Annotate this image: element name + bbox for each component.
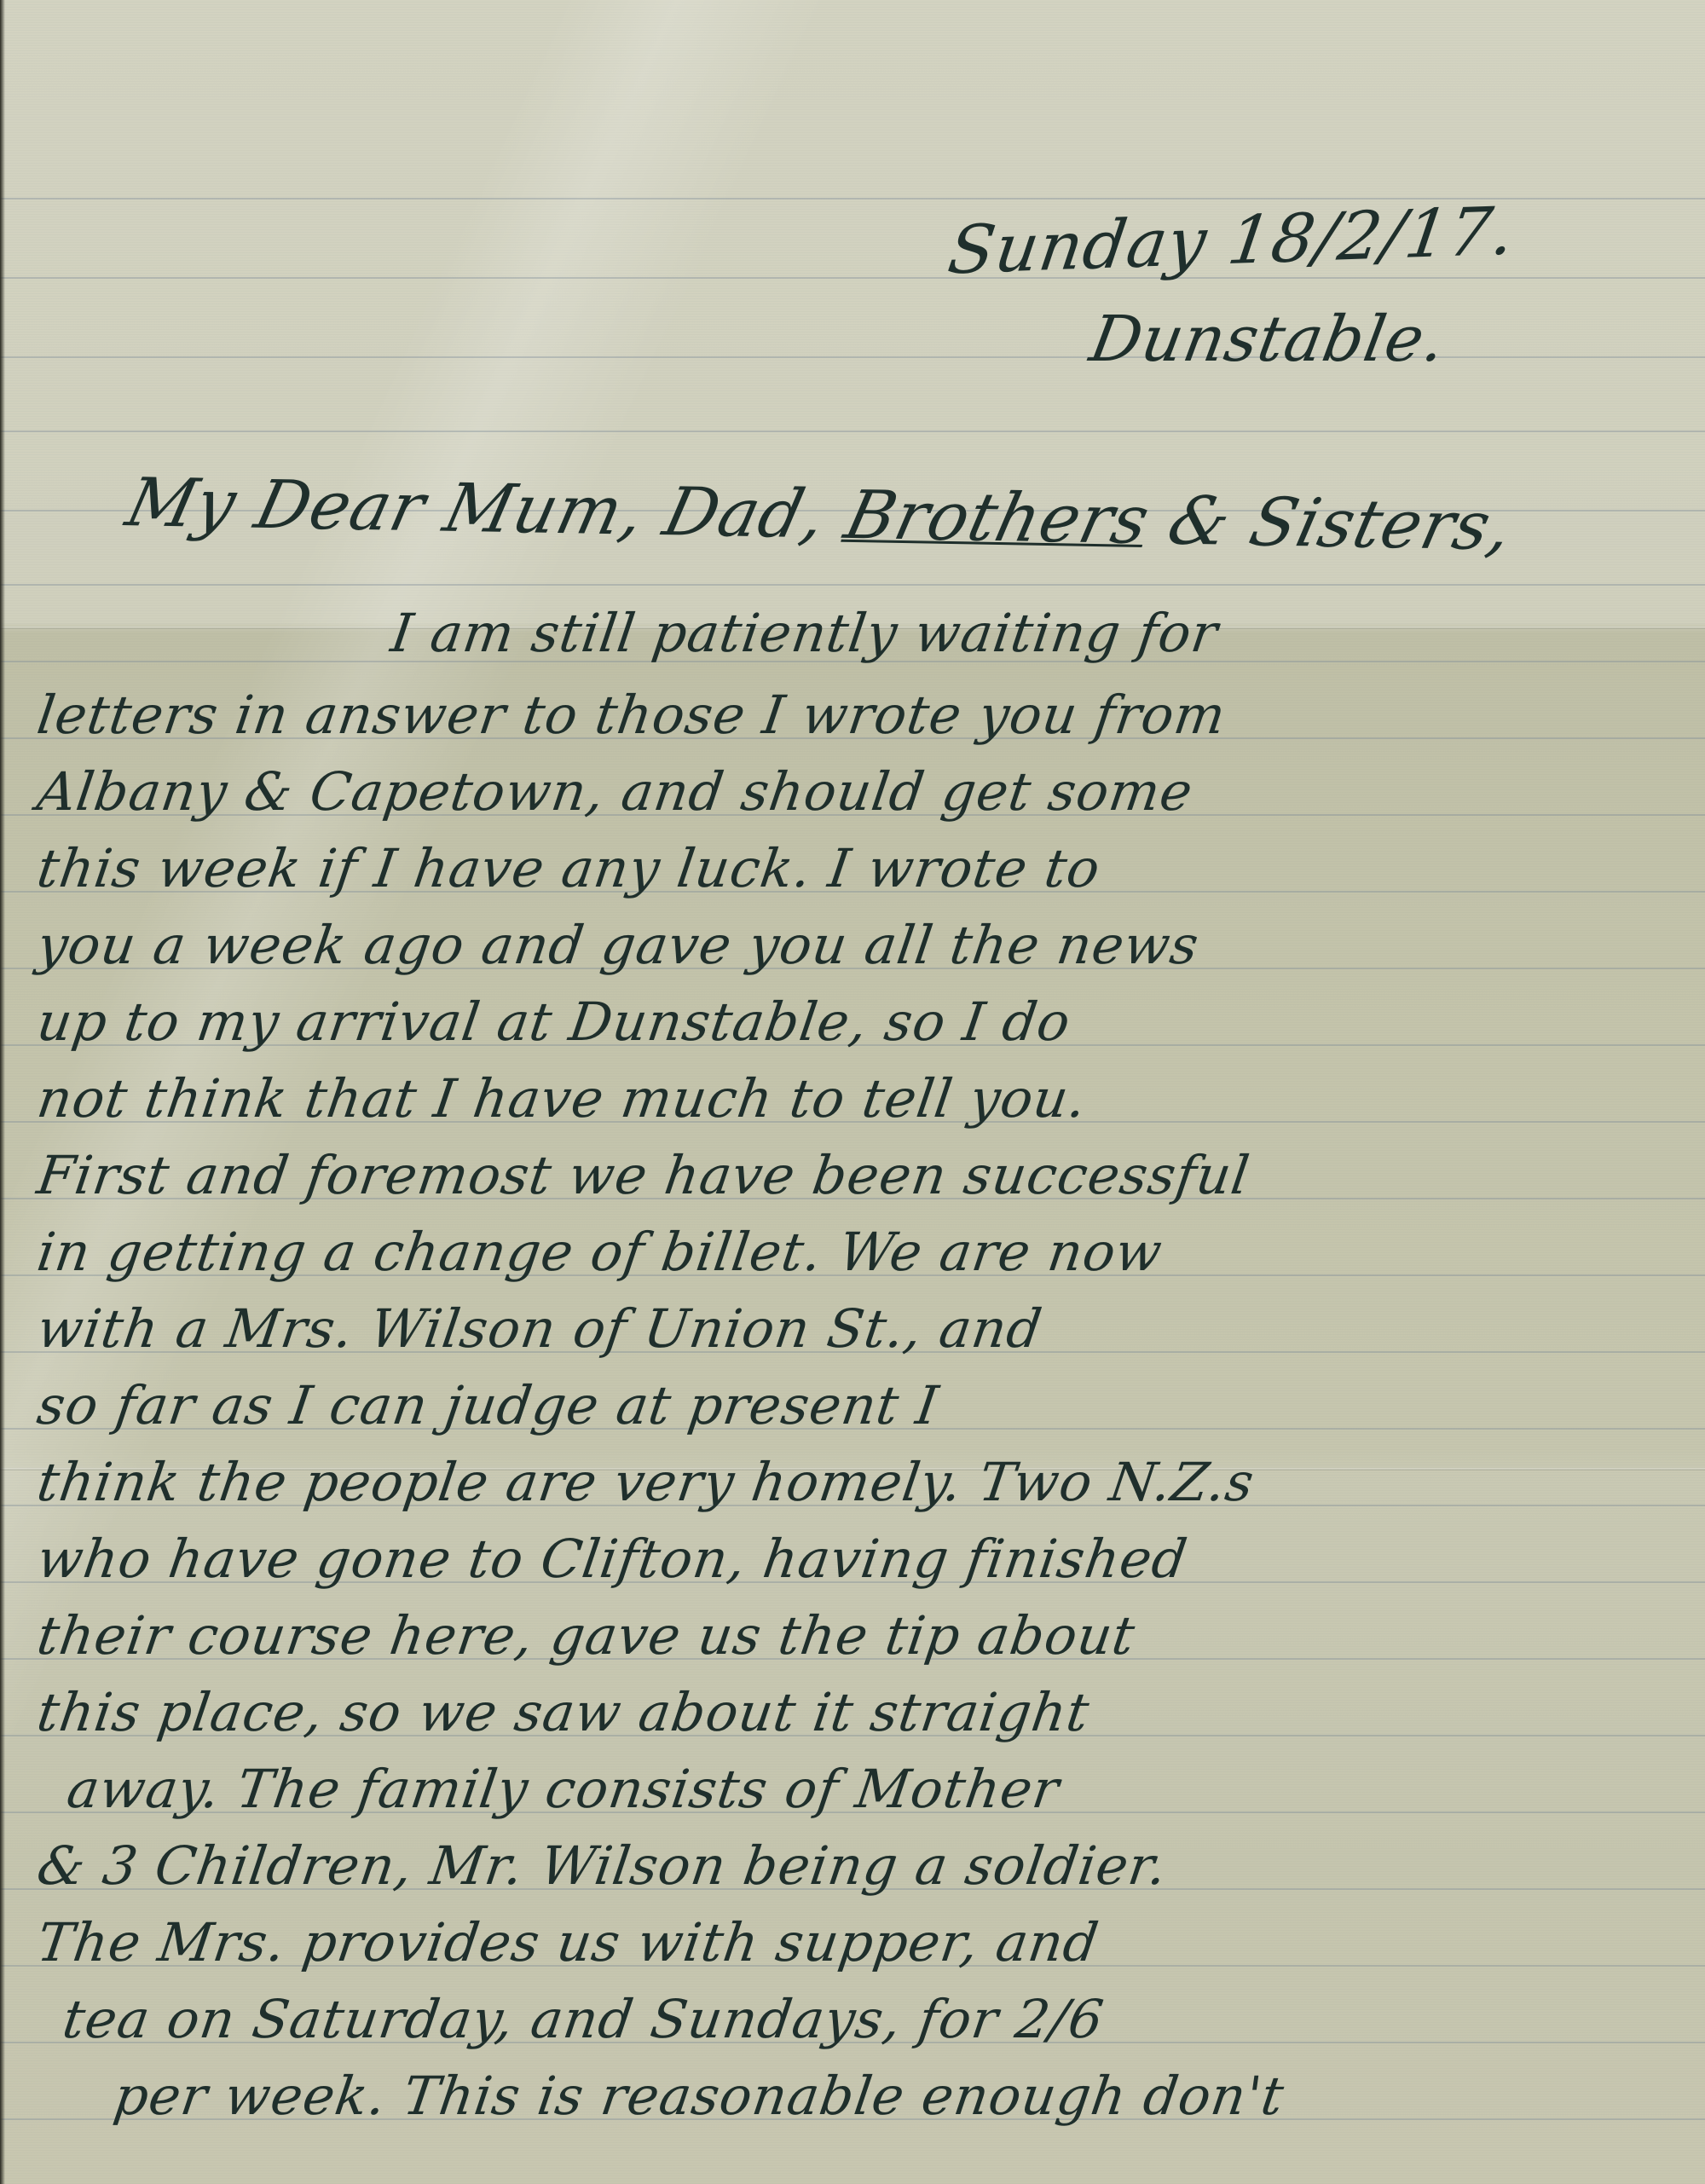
ruled-line [0, 584, 1705, 586]
body-line: who have gone to Clifton, having finishe… [34, 1533, 1191, 1586]
body-line: & 3 Children, Mr. Wilson being a soldier… [34, 1840, 1170, 1892]
body-line: Albany & Capetown, and should get some [34, 766, 1196, 818]
body-line: you a week ago and gave you all the news [34, 919, 1202, 972]
letter-page: Sunday 18/2/17. Dunstable. My Dear Mum, … [0, 0, 1705, 2184]
body-line: in getting a change of billet. We are no… [34, 1226, 1165, 1279]
letter-place: Dunstable. [1084, 303, 1451, 376]
body-line: The Mrs. provides us with supper, and [34, 1916, 1102, 1969]
body-line: up to my arrival at Dunstable, so I do [34, 996, 1074, 1049]
body-line: this week if I have any luck. I wrote to [34, 842, 1104, 895]
body-line: their course here, gave us the tip about [34, 1609, 1138, 1662]
ruled-line [0, 277, 1705, 279]
ruled-line [0, 356, 1705, 358]
ruled-line [0, 430, 1705, 432]
body-line: I am still patiently waiting for [388, 607, 1222, 660]
body-line: not think that I have much to tell you. [34, 1072, 1089, 1125]
body-line: so far as I can judge at present I [34, 1379, 942, 1432]
salutation-underlined: Brothers [838, 477, 1157, 559]
body-line: per week. This is reasonable enough don'… [111, 2070, 1287, 2123]
body-line: letters in answer to those I wrote you f… [34, 689, 1229, 742]
body-line: this place, so we saw about it straight [34, 1686, 1093, 1739]
body-line: with a Mrs. Wilson of Union St., and [34, 1303, 1045, 1355]
body-line: tea on Saturday, and Sundays, for 2/6 [60, 1993, 1107, 2046]
body-line: First and foremost we have been successf… [34, 1149, 1253, 1202]
body-line: away. The family consists of Mother [64, 1763, 1063, 1816]
salutation-part2: & Sisters, [1139, 482, 1520, 565]
salutation: My Dear Mum, Dad, Brothers & Sisters, [119, 465, 1520, 565]
body-line: think the people are very homely. Two N.… [34, 1456, 1257, 1509]
salutation-part1: My Dear Mum, Dad, [119, 465, 856, 554]
letter-date: Sunday 18/2/17. [944, 194, 1520, 290]
